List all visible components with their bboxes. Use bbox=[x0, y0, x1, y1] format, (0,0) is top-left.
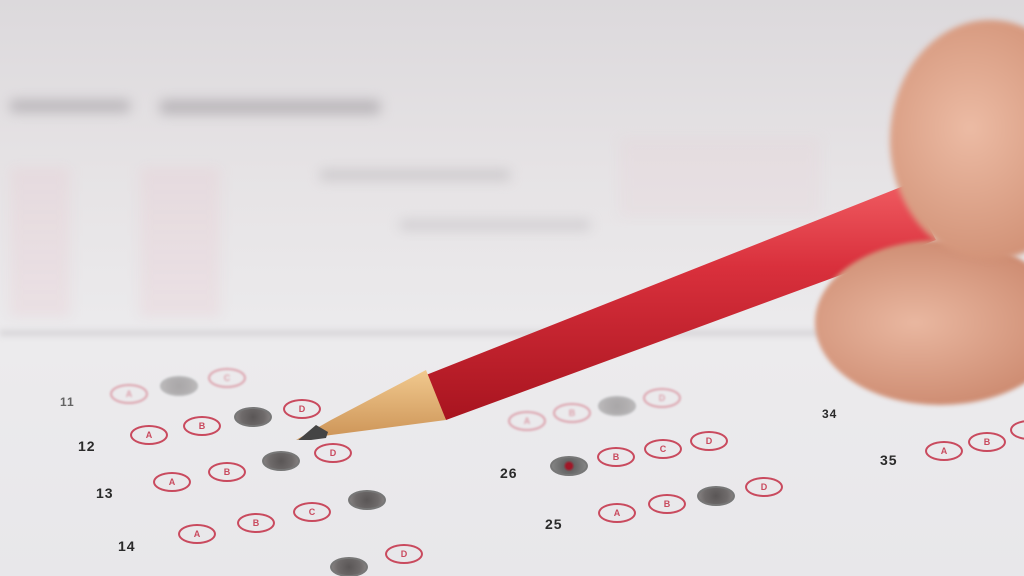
question-number: 13 bbox=[96, 485, 114, 501]
question-number: 14 bbox=[118, 538, 136, 554]
answer-bubble[interactable]: D bbox=[385, 544, 423, 564]
answer-bubble[interactable]: C bbox=[293, 502, 331, 522]
answer-bubble[interactable]: B bbox=[208, 462, 246, 482]
answer-bubble[interactable]: B bbox=[597, 447, 635, 467]
answer-bubble-filled[interactable] bbox=[697, 486, 735, 506]
question-number: 12 bbox=[78, 438, 96, 454]
answer-bubble[interactable]: C bbox=[644, 439, 682, 459]
answer-bubble-filled[interactable] bbox=[262, 451, 300, 471]
answer-bubble[interactable]: C bbox=[208, 368, 246, 388]
answer-bubble[interactable]: A bbox=[598, 503, 636, 523]
answer-bubble[interactable]: A bbox=[110, 384, 148, 404]
answer-bubble-filled[interactable] bbox=[160, 376, 198, 396]
answer-bubble[interactable]: B bbox=[237, 513, 275, 533]
answer-bubble[interactable]: B bbox=[648, 494, 686, 514]
answer-bubble[interactable]: A bbox=[178, 524, 216, 544]
question-number: 26 bbox=[500, 465, 518, 481]
answer-bubble[interactable]: A bbox=[130, 425, 168, 445]
answer-bubble[interactable]: B bbox=[183, 416, 221, 436]
answer-bubble[interactable]: A bbox=[925, 441, 963, 461]
answer-bubble[interactable]: D bbox=[314, 443, 352, 463]
answer-bubble-filled[interactable] bbox=[330, 557, 368, 576]
question-number: 35 bbox=[880, 452, 898, 468]
answer-bubble[interactable]: C bbox=[1010, 420, 1024, 440]
photo-scene: 11 12 13 14 26 25 34 35 A C A B D A B D … bbox=[0, 0, 1024, 576]
answer-bubble-filled[interactable] bbox=[348, 490, 386, 510]
question-number: 11 bbox=[60, 395, 75, 409]
answer-bubble[interactable]: A bbox=[153, 472, 191, 492]
answer-bubble-filled[interactable] bbox=[234, 407, 272, 427]
answer-bubble[interactable]: D bbox=[745, 477, 783, 497]
answer-bubble-filled[interactable] bbox=[550, 456, 588, 476]
question-number: 25 bbox=[545, 516, 563, 532]
